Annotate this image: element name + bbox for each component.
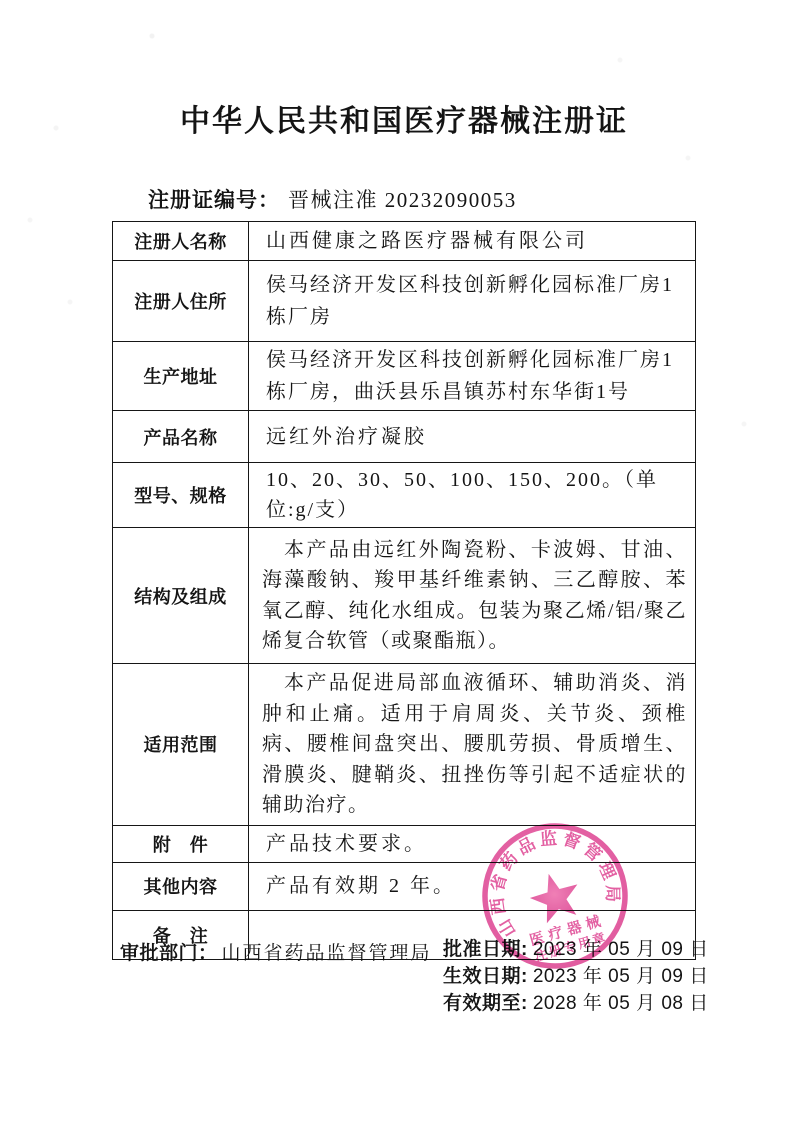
row-label: 产品名称 xyxy=(113,411,249,463)
approval-dept-line: 审批部门：山西省药品监督管理局 xyxy=(120,938,432,965)
row-label: 型号、规格 xyxy=(113,463,249,528)
row-label: 适用范围 xyxy=(113,664,249,826)
table-row: 附 件 产品技术要求。 xyxy=(113,825,696,862)
date-line: 有效期至:2028 年 05 月 08 日 xyxy=(443,990,709,1017)
effective-date-label: 生效日期: xyxy=(443,966,528,987)
row-value: 产品有效期 2 年。 xyxy=(249,862,696,910)
certificate-page: 中华人民共和国医疗器械注册证 注册证编号：晋械注准 20232090053 注册… xyxy=(0,0,800,1131)
row-label: 其他内容 xyxy=(113,862,249,910)
row-value: 侯马经济开发区科技创新孵化园标准厂房1栋厂房，曲沃县乐昌镇苏村东华街1号 xyxy=(249,342,696,411)
table-row: 注册人名称 山西健康之路医疗器械有限公司 xyxy=(113,222,696,261)
page-title: 中华人民共和国医疗器械注册证 xyxy=(112,96,696,140)
row-value: 山西健康之路医疗器械有限公司 xyxy=(249,222,696,261)
row-label: 注册人名称 xyxy=(113,222,249,261)
approval-date-label: 批准日期: xyxy=(443,939,528,960)
row-label: 附 件 xyxy=(113,825,249,862)
table-row: 注册人住所 侯马经济开发区科技创新孵化园标准厂房1栋厂房 xyxy=(113,261,696,342)
effective-date-value: 2023 年 05 月 09 日 xyxy=(533,966,709,987)
registration-table: 注册人名称 山西健康之路医疗器械有限公司 注册人住所 侯马经济开发区科技创新孵化… xyxy=(112,221,696,960)
cert-number-line: 注册证编号：晋械注准 20232090053 xyxy=(148,184,517,214)
table-row: 型号、规格 10、20、30、50、100、150、200。（单位:g/支） xyxy=(113,463,696,528)
approval-dept-value: 山西省药品监督管理局 xyxy=(222,943,432,964)
approval-date-value: 2023 年 05 月 09 日 xyxy=(533,939,709,960)
row-value: 产品技术要求。 xyxy=(249,825,696,862)
row-value: 侯马经济开发区科技创新孵化园标准厂房1栋厂房 xyxy=(249,261,696,342)
approval-dept-label: 审批部门： xyxy=(120,943,218,964)
row-value: 远红外治疗凝胶 xyxy=(249,411,696,463)
row-label: 结构及组成 xyxy=(113,528,249,664)
table-row: 其他内容 产品有效期 2 年。 xyxy=(113,862,696,910)
row-label: 注册人住所 xyxy=(113,261,249,342)
date-block: 批准日期:2023 年 05 月 09 日 生效日期:2023 年 05 月 0… xyxy=(443,936,709,1017)
row-value: 本产品由远红外陶瓷粉、卡波姆、甘油、海藻酸钠、羧甲基纤维素钠、三乙醇胺、苯氧乙醇… xyxy=(249,528,696,664)
date-line: 批准日期:2023 年 05 月 09 日 xyxy=(443,936,709,963)
table-row: 生产地址 侯马经济开发区科技创新孵化园标准厂房1栋厂房，曲沃县乐昌镇苏村东华街1… xyxy=(113,342,696,411)
date-line: 生效日期:2023 年 05 月 09 日 xyxy=(443,963,709,990)
expiry-date-value: 2028 年 05 月 08 日 xyxy=(533,993,709,1014)
cert-number-label: 注册证编号： xyxy=(148,189,280,212)
row-value: 10、20、30、50、100、150、200。（单位:g/支） xyxy=(249,463,696,528)
row-value: 本产品促进局部血液循环、辅助消炎、消肿和止痛。适用于肩周炎、关节炎、颈椎病、腰椎… xyxy=(249,664,696,826)
row-label: 生产地址 xyxy=(113,342,249,411)
table-row: 适用范围 本产品促进局部血液循环、辅助消炎、消肿和止痛。适用于肩周炎、关节炎、颈… xyxy=(113,664,696,826)
cert-number-value: 晋械注准 20232090053 xyxy=(288,188,517,212)
expiry-date-label: 有效期至: xyxy=(443,993,528,1014)
table-row: 结构及组成 本产品由远红外陶瓷粉、卡波姆、甘油、海藻酸钠、羧甲基纤维素钠、三乙醇… xyxy=(113,528,696,664)
table-row: 产品名称 远红外治疗凝胶 xyxy=(113,411,696,463)
